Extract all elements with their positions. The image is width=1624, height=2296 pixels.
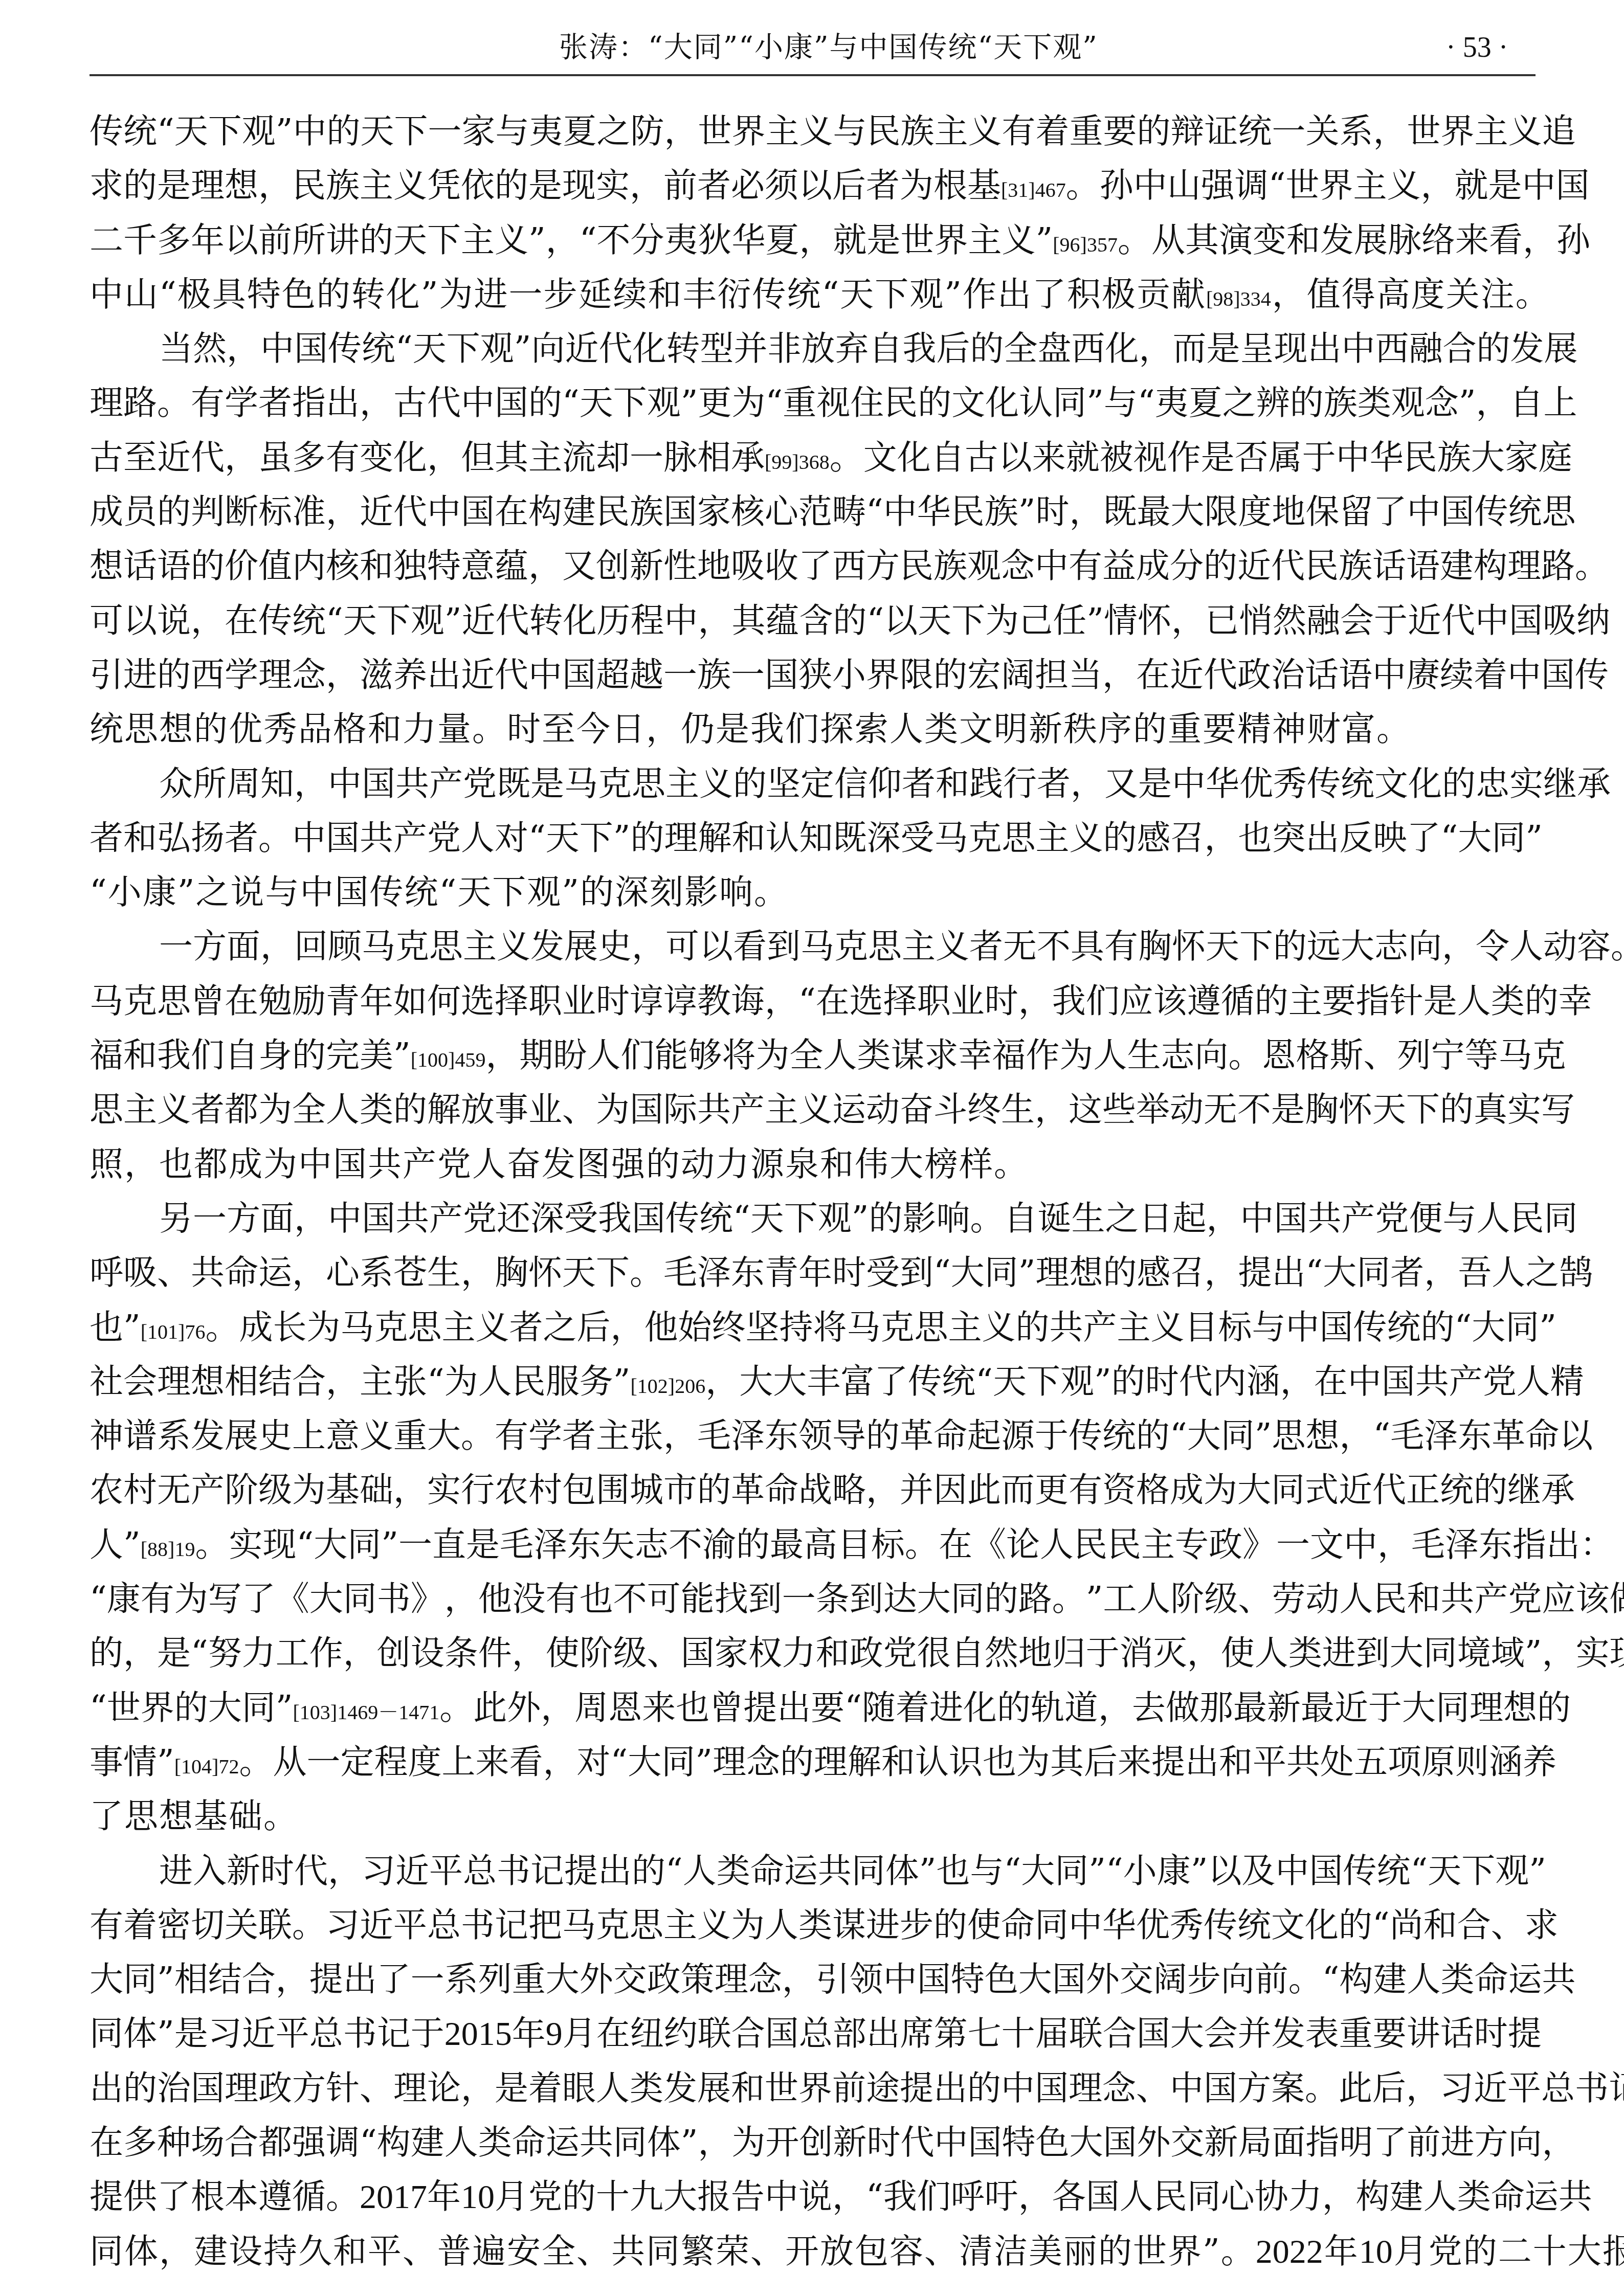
glyph: 想 [1070, 1250, 1103, 1296]
glyph: 马 [564, 761, 598, 807]
glyph: 很 [917, 1630, 951, 1676]
glyph: 指 [1356, 978, 1390, 1024]
glyph: 成 [90, 489, 123, 535]
glyph: 向 [1194, 1032, 1228, 1078]
glyph: 近 [1408, 598, 1441, 644]
glyph: “ [844, 1685, 862, 1731]
glyph: 义 [495, 217, 528, 263]
glyph: 重 [783, 380, 816, 426]
glyph: ， [698, 2120, 732, 2166]
glyph: 容 [889, 2229, 923, 2275]
glyph: 观 [527, 869, 561, 915]
glyph: 主 [441, 1304, 475, 1350]
glyph: 使 [546, 1630, 580, 1676]
glyph: 命 [1491, 2174, 1525, 2220]
glyph: 其 [732, 598, 766, 644]
glyph: 大 [1568, 2229, 1601, 2275]
glyph: 构 [1474, 543, 1507, 589]
glyph: 的 [528, 380, 562, 426]
glyph: 既 [1103, 489, 1137, 535]
glyph: 人 [1093, 1032, 1127, 1078]
glyph: 际 [663, 1087, 697, 1133]
glyph: 者 [1390, 1250, 1424, 1296]
glyph: 、 [562, 1087, 596, 1133]
glyph: 语 [1406, 543, 1440, 589]
glyph: 同 [951, 1576, 985, 1622]
glyph: 思 [1272, 1413, 1306, 1459]
glyph: 于 [1086, 1630, 1120, 1676]
glyph: 源 [750, 1141, 784, 1187]
glyph: ， [123, 1630, 157, 1676]
glyph: 化 [897, 435, 931, 481]
glyph: 坚 [745, 1304, 779, 1350]
glyph: 养 [1523, 1739, 1556, 1785]
glyph: 蕴 [766, 598, 799, 644]
text-line: 神谱系发展史上意义重大。有学者主张，毛泽东领导的革命起源于传统的“大同”思想，“… [90, 1413, 1536, 1467]
glyph: 下 [596, 1250, 630, 1296]
glyph: 主 [1141, 1522, 1175, 1568]
glyph: 生 [1001, 1087, 1035, 1133]
glyph: 下 [492, 869, 526, 915]
glyph: 发 [663, 2065, 697, 2111]
glyph: 呼 [90, 1250, 123, 1296]
glyph: 当 [1069, 652, 1102, 698]
glyph: 着 [528, 2065, 562, 2111]
glyph: ， [1420, 163, 1454, 209]
glyph: 特 [427, 543, 461, 589]
glyph: 一 [1276, 1522, 1310, 1568]
glyph: 是 [495, 2065, 528, 2111]
glyph: 马 [800, 924, 834, 970]
glyph: 夷 [664, 217, 698, 263]
glyph: 。 [472, 706, 506, 752]
glyph: 值 [1307, 272, 1341, 318]
glyph: 在 [225, 978, 258, 1024]
glyph: 发 [191, 1413, 225, 1459]
glyph: 度 [1238, 489, 1272, 535]
glyph: 越 [630, 652, 663, 698]
glyph: 人 [1477, 1196, 1510, 1242]
glyph: 共 [395, 761, 429, 807]
glyph: 因 [933, 1467, 967, 1513]
glyph: 面 [227, 924, 260, 970]
glyph: 。 [1221, 2229, 1255, 2275]
glyph: 化 [1408, 761, 1442, 807]
glyph: 平 [276, 2011, 309, 2057]
glyph: 是 [1201, 435, 1235, 481]
glyph: 的 [933, 652, 967, 698]
glyph: 念 [292, 652, 326, 698]
glyph: 他 [644, 1304, 678, 1350]
glyph: 动 [681, 1141, 715, 1187]
glyph: 能 [654, 1032, 688, 1078]
glyph: 在 [816, 978, 850, 1024]
glyph: 吸 [731, 543, 765, 589]
glyph: 近 [1170, 652, 1204, 698]
glyph: 统 [1341, 761, 1374, 807]
glyph: 大 [90, 1956, 123, 2002]
glyph: 我 [903, 326, 937, 372]
glyph: 泽 [533, 1522, 567, 1568]
glyph: 涵 [1247, 1359, 1280, 1405]
glyph: 义 [1070, 815, 1103, 861]
glyph: 探 [820, 706, 854, 752]
glyph: 思 [429, 924, 463, 970]
glyph: 下 [1027, 1359, 1060, 1405]
glyph: 选 [461, 978, 495, 1024]
glyph: 大 [427, 1413, 461, 1459]
glyph: 为 [1016, 1739, 1050, 1785]
glyph: 国 [495, 380, 528, 426]
glyph: 核 [731, 489, 765, 535]
glyph: 方 [1475, 2120, 1508, 2166]
glyph: 既 [497, 761, 530, 807]
glyph: 建 [1440, 543, 1474, 589]
glyph: 件 [478, 1630, 512, 1676]
text-line: 引进的西学理念，滋养出近代中国超越一族一国狭小界限的宏阔担当，在近代政治话语中赓… [90, 652, 1536, 706]
glyph: 出 [1546, 1522, 1580, 1568]
glyph: 的 [317, 272, 350, 318]
glyph: 受 [564, 1196, 598, 1242]
glyph: 纳 [1576, 598, 1610, 644]
glyph: 国 [326, 815, 360, 861]
glyph: 学 [225, 652, 258, 698]
glyph: 都 [194, 1141, 228, 1187]
glyph: 独 [393, 543, 427, 589]
glyph: 产 [1083, 1304, 1117, 1350]
glyph: 部 [833, 2011, 866, 2057]
glyph: 的 [1204, 543, 1237, 589]
glyph: 滋 [360, 652, 393, 698]
glyph: 今 [576, 706, 610, 752]
glyph: 华 [917, 489, 951, 535]
glyph: 奋 [507, 1141, 541, 1187]
glyph: 理 [393, 2065, 427, 2111]
glyph: 义 [1508, 108, 1542, 154]
glyph: 步 [544, 272, 577, 318]
glyph: 承 [1541, 1467, 1575, 1513]
glyph: 有 [1104, 924, 1138, 970]
glyph: 中 [293, 108, 327, 154]
glyph: 思 [90, 1087, 123, 1133]
glyph: ” [1459, 380, 1476, 426]
glyph: 内 [1213, 1359, 1247, 1405]
glyph: 一 [782, 1576, 816, 1622]
glyph: 深 [530, 1196, 564, 1242]
glyph: 观 [818, 1196, 852, 1242]
text-line: 求的是理想，民族主义凭依的是现实，前者必须以后者为根基[31]467。孙中山强调… [90, 163, 1536, 217]
glyph: ， [159, 2229, 193, 2275]
glyph: 条 [816, 1576, 850, 1622]
glyph: 留 [1340, 489, 1373, 535]
glyph: 康 [1157, 1848, 1191, 1894]
glyph: 谆 [663, 978, 697, 1024]
glyph: 学 [225, 380, 258, 426]
glyph: 工 [276, 1630, 309, 1676]
glyph: 作 [963, 272, 996, 318]
glyph: 世 [1133, 2229, 1167, 2275]
running-title: 张涛：“大同”“小康”与中国传统“天下观” [559, 30, 1098, 65]
glyph: ， [1187, 1630, 1221, 1676]
glyph: 了 [1373, 2120, 1407, 2166]
glyph: 大 [309, 1576, 343, 1622]
text-line: 农村无产阶级为基础，实行农村包围城市的革命战略，并因此而更有资格成为大同式近代正… [90, 1467, 1536, 1521]
glyph: 为 [596, 1087, 630, 1133]
glyph: 又 [562, 543, 596, 589]
glyph: 观 [647, 380, 681, 426]
glyph: 中 [1170, 2065, 1204, 2111]
glyph: 写 [208, 1576, 242, 1622]
glyph: 有 [191, 380, 225, 426]
glyph: 后 [832, 163, 866, 209]
glyph: 全 [292, 1087, 326, 1133]
glyph: 的 [933, 1902, 967, 1948]
glyph: 主 [948, 1304, 982, 1350]
glyph: 自 [1510, 380, 1544, 426]
text-line: 有着密切关联。习近平总书记把马克思主义为人类谋进步的使命同中华优秀传统文化的“尚… [90, 1902, 1536, 1956]
glyph: ” [123, 1522, 141, 1568]
glyph: 受 [901, 815, 935, 861]
glyph: ， [663, 1413, 697, 1459]
glyph: 我 [883, 2174, 917, 2220]
glyph: 者 [258, 380, 292, 426]
glyph: ” [695, 1739, 713, 1785]
glyph: 流 [562, 435, 596, 481]
glyph: 话 [1440, 2011, 1474, 2057]
glyph: 处 [1320, 1739, 1354, 1785]
glyph: 大 [739, 1359, 773, 1405]
glyph: 令 [1476, 924, 1509, 970]
glyph: ， [326, 489, 360, 535]
glyph: 构 [1340, 1956, 1373, 2002]
glyph: 会 [1204, 2011, 1238, 2057]
glyph: 山 [1167, 163, 1201, 209]
glyph: 面 [1272, 2120, 1306, 2166]
glyph: 自 [1004, 1196, 1038, 1242]
glyph: 主 [968, 217, 1002, 263]
glyph: ” [444, 598, 462, 644]
glyph: 优 [1239, 761, 1273, 807]
glyph: 的 [191, 543, 225, 589]
glyph: 指 [292, 380, 326, 426]
glyph: 中 [1342, 326, 1375, 372]
glyph: 理 [225, 2065, 258, 2111]
glyph: 民 [292, 163, 326, 209]
glyph: 同 [852, 1848, 885, 1894]
glyph: 远 [1307, 924, 1341, 970]
glyph: 大 [889, 1141, 923, 1187]
glyph: 的 [632, 1848, 665, 1894]
glyph: 色 [985, 1956, 1018, 2002]
glyph: 要 [1373, 2011, 1407, 2057]
glyph: 洁 [994, 2229, 1028, 2275]
glyph: 主 [1117, 1304, 1150, 1350]
glyph: 构 [1356, 2174, 1390, 2220]
glyph: 生 [1072, 1196, 1105, 1242]
glyph: 理 [191, 163, 225, 209]
glyph: 精 [1550, 1359, 1584, 1405]
glyph: 近 [395, 1848, 429, 1894]
glyph: 密 [157, 1902, 191, 1948]
text-line: 当然，中国传统“天下观”向近代化转型并非放弃自我后的全盘西化，而是呈现出中西融合… [90, 326, 1536, 380]
glyph: 谋 [891, 1032, 924, 1078]
glyph: 新 [1029, 706, 1062, 752]
glyph: 民 [900, 543, 933, 589]
glyph: 大 [1341, 924, 1374, 970]
glyph: 共 [395, 1196, 429, 1242]
glyph: 下 [427, 217, 461, 263]
glyph: 是 [174, 2011, 208, 2057]
glyph: 更 [1035, 1467, 1069, 1513]
glyph: 主 [765, 1087, 798, 1133]
glyph: 追 [1542, 108, 1576, 154]
glyph: 力 [403, 706, 436, 752]
glyph: 继 [1507, 1467, 1541, 1513]
glyph: 大 [546, 1956, 580, 2002]
glyph: 同 [661, 1739, 695, 1785]
glyph: 一 [306, 1739, 340, 1785]
glyph: 大 [1472, 1304, 1505, 1350]
glyph: ， [124, 1141, 158, 1187]
running-header: 张涛：“大同”“小康”与中国传统“天下观” · 53 · [90, 26, 1536, 74]
glyph: ， [1139, 326, 1173, 372]
glyph: 国 [362, 1196, 395, 1242]
glyph: 我 [157, 1032, 191, 1078]
glyph: 判 [191, 489, 225, 535]
glyph: 和 [333, 2229, 367, 2275]
glyph: 阶 [580, 1630, 613, 1676]
glyph: 此 [473, 1685, 507, 1731]
glyph: 中 [1276, 1848, 1309, 1894]
glyph: 共 [1559, 2174, 1592, 2220]
glyph: 性 [663, 543, 697, 589]
glyph: 够 [688, 1032, 722, 1078]
glyph: 心 [1221, 2174, 1255, 2220]
glyph: 人 [90, 1522, 123, 1568]
glyph: 要 [811, 1685, 844, 1731]
glyph: 变 [360, 435, 393, 481]
glyph: 马 [1498, 1032, 1532, 1078]
glyph: 优 [1136, 1902, 1170, 1948]
glyph: 者 [509, 1304, 543, 1350]
glyph: 类 [857, 1032, 891, 1078]
glyph: 人 [1509, 924, 1543, 970]
glyph: ” [944, 272, 962, 318]
glyph: ， [664, 108, 698, 154]
glyph: 极 [1102, 272, 1136, 318]
glyph: 随 [862, 1685, 896, 1731]
glyph: ” [1086, 380, 1104, 426]
glyph: 克 [1532, 1032, 1566, 1078]
glyph: 产 [731, 1087, 765, 1133]
glyph: 期 [519, 1032, 553, 1078]
glyph: 突 [1272, 815, 1306, 861]
glyph: 要 [1203, 706, 1236, 752]
glyph: 念 [748, 1956, 782, 2002]
glyph: 生 [1127, 1032, 1161, 1078]
glyph: 运 [784, 1848, 818, 1894]
glyph: 业 [562, 978, 596, 1024]
glyph: 于 [411, 2011, 444, 2057]
glyph: 值 [258, 543, 292, 589]
glyph: 设 [411, 1630, 444, 1676]
glyph: 了 [798, 543, 832, 589]
glyph: 国 [191, 2065, 225, 2111]
glyph: 国 [461, 489, 495, 535]
glyph: 同 [1035, 1902, 1069, 1948]
glyph: 演 [1219, 217, 1253, 263]
glyph: 代 [191, 435, 225, 481]
glyph: ， [444, 1576, 478, 1622]
glyph: 基 [194, 1793, 228, 1839]
glyph: 格 [333, 706, 367, 752]
glyph: 针 [326, 2065, 360, 2111]
glyph: 告 [731, 2174, 765, 2220]
glyph: 大 [1323, 1250, 1356, 1296]
glyph: 文 [863, 435, 897, 481]
glyph: 大 [1471, 435, 1505, 481]
glyph: 为 [900, 163, 933, 209]
glyph: 现 [1610, 1630, 1624, 1676]
glyph: ， [646, 706, 680, 752]
glyph: 党 [1375, 1196, 1409, 1242]
glyph: 人 [596, 2065, 630, 2111]
glyph: 主 [1036, 815, 1070, 861]
text-line: 福和我们自身的完美”[100]459，期盼人们能够将为全人类谋求幸福作为人生志向… [90, 1032, 1536, 1087]
glyph: ， [698, 598, 732, 644]
glyph: 进 [1322, 1630, 1356, 1676]
text-line: 人”[88]19。实现“大同”一直是毛泽东矢志不渝的最高目标。在《论人民民主专政… [90, 1522, 1536, 1576]
glyph: “ [439, 869, 457, 915]
glyph: 天 [393, 217, 427, 263]
glyph: 小 [1123, 1848, 1157, 1894]
glyph: 统 [1102, 1413, 1136, 1459]
glyph: ， [765, 978, 798, 1024]
glyph: 行 [1003, 761, 1037, 807]
glyph: 人 [683, 1848, 717, 1894]
glyph: “ [1322, 1956, 1340, 2002]
glyph: 视 [1133, 435, 1167, 481]
glyph: 类 [478, 2120, 512, 2166]
glyph: 义 [982, 1304, 1015, 1350]
glyph: 使 [967, 1902, 1001, 1948]
glyph: 同 [1544, 1196, 1578, 1242]
glyph: 工 [1103, 1576, 1137, 1622]
glyph: 传 [908, 1359, 942, 1405]
glyph: 克 [880, 1304, 914, 1350]
glyph: 传 [370, 869, 404, 915]
glyph: 的 [1474, 1467, 1507, 1513]
glyph: 讲 [326, 217, 360, 263]
glyph: 消 [1120, 1630, 1153, 1676]
glyph: 影 [903, 1196, 937, 1242]
text-line: 另一方面，中国共产党还深受我国传统“天下观”的影响。自诞生之日起，中国共产党便与… [90, 1196, 1536, 1250]
glyph: 国 [632, 1196, 665, 1242]
glyph: 贡 [1137, 272, 1170, 318]
glyph: 标 [1218, 1304, 1252, 1350]
glyph: 国 [1035, 2065, 1069, 2111]
glyph: 召 [1171, 1250, 1205, 1296]
glyph: 向 [1408, 924, 1442, 970]
glyph: 。 [1066, 163, 1100, 209]
glyph: 。 [258, 815, 292, 861]
glyph: 运 [258, 1250, 292, 1296]
glyph: 念 [1001, 543, 1035, 589]
glyph: 记 [530, 1848, 564, 1894]
glyph: 相 [225, 1359, 258, 1405]
glyph: 近 [461, 652, 495, 698]
glyph: 衍 [718, 272, 751, 318]
